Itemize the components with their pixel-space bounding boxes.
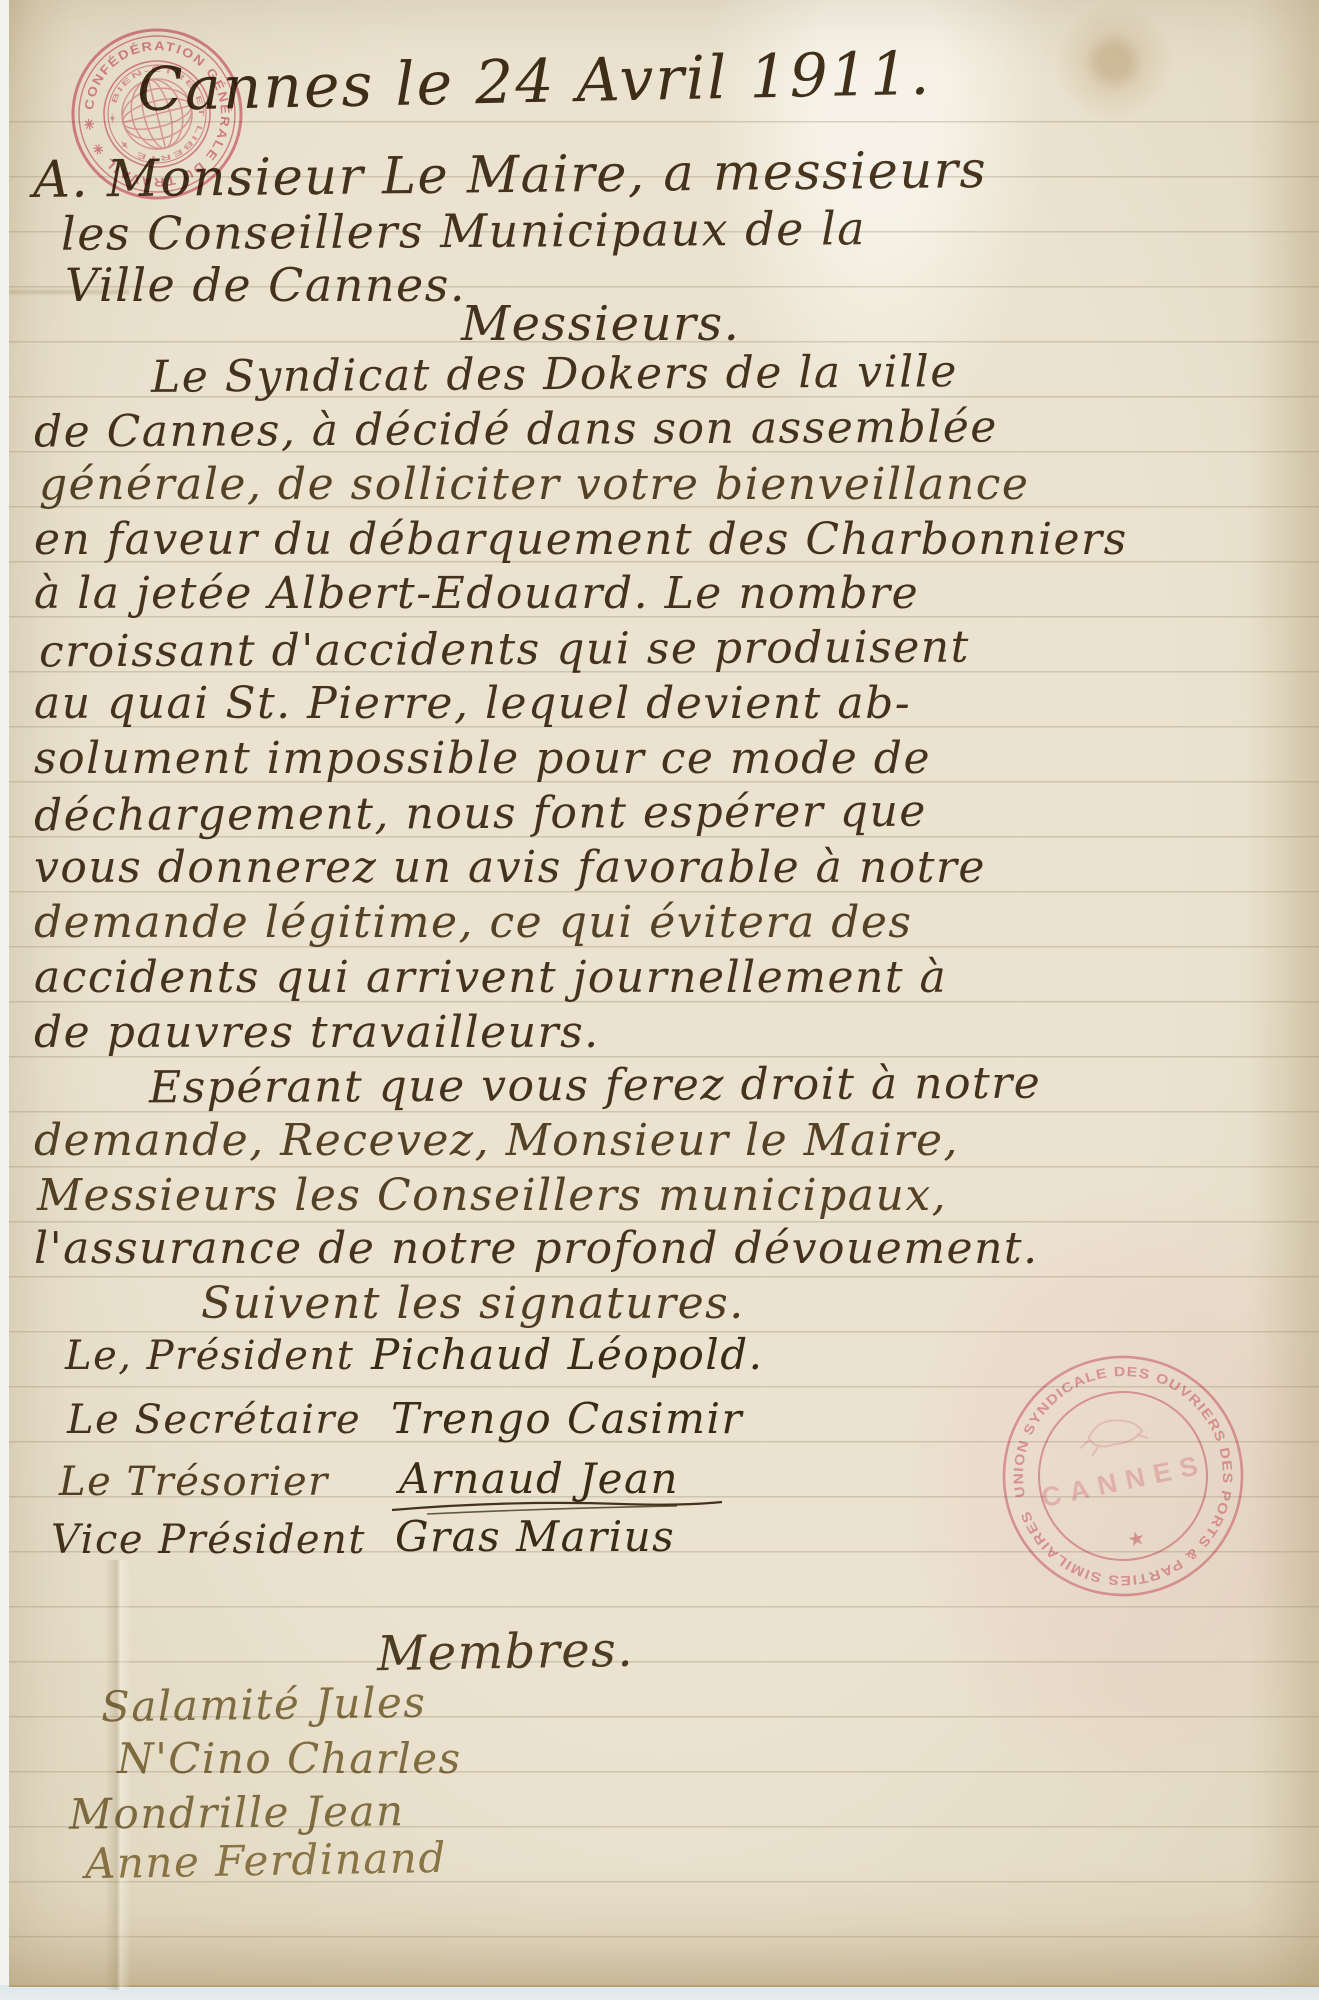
member-name: Salamité Jules (101, 1682, 427, 1729)
body-line: demande légitime, ce qui évitera des (34, 901, 912, 945)
address-line: A. Monsieur Le Maire, a messieurs (33, 145, 988, 206)
union-stamp-center-text: CANNES (1039, 1449, 1210, 1513)
paper-sheet: ✳ CONFÉDÉRATION GÉNÉRALE DU TRAVAIL ✳ ✦ … (9, 0, 1319, 1987)
salutation: Messieurs. (461, 300, 740, 348)
address-line: Ville de Cannes. (65, 262, 466, 308)
officer-name: Gras Marius (395, 1516, 675, 1558)
body-line: générale, de solliciter votre bienveilla… (39, 463, 1029, 507)
body-line: à la jetée Albert-Edouard. Le nombre (34, 572, 919, 616)
officer-name: Arnaud Jean (399, 1458, 679, 1500)
officer-role: Le, Président (65, 1336, 354, 1376)
scanned-letter: ✳ CONFÉDÉRATION GÉNÉRALE DU TRAVAIL ✳ ✦ … (0, 0, 1319, 2000)
officer-name: Trengo Casimir (391, 1398, 743, 1440)
address-line: les Conseillers Municipaux de la (61, 205, 866, 257)
body-line: en faveur du débarquement des Charbonnie… (34, 518, 1128, 562)
body-line: Messieurs les Conseillers municipaux, (37, 1174, 947, 1218)
body-line: au quai St. Pierre, lequel devient ab- (34, 682, 911, 726)
officer-role: Le Trésorier (59, 1462, 329, 1502)
members-heading: Membres. (377, 1626, 635, 1678)
signatures-intro: Suivent les signatures. (201, 1282, 745, 1326)
date-line: Cannes le 24 Avril 1911. (136, 44, 931, 121)
body-line: de Cannes, à décidé dans son assemblée (34, 405, 998, 454)
body-line: solument impossible pour ce mode de (34, 737, 931, 781)
body-line: de pauvres travailleurs. (34, 1011, 600, 1055)
body-line: Espérant que vous ferez droit à notre (149, 1062, 1041, 1111)
body-line: accidents qui arrivent journellement à (34, 956, 947, 1000)
officer-role: Vice Président (51, 1520, 366, 1560)
body-line: l'assurance de notre profond dévouement. (34, 1227, 1039, 1271)
body-line: Le Syndicat des Dokers de la ville (151, 350, 958, 400)
body-line: croissant d'accidents qui se produisent (39, 626, 970, 675)
body-line: vous donnerez un avis favorable à notre (34, 846, 986, 890)
crustacean-icon (1076, 1414, 1149, 1458)
star-icon: ★ (1127, 1528, 1147, 1550)
officer-name: Pichaud Léopold. (371, 1334, 763, 1376)
body-line: demande, Recevez, Monsieur le Maire, (34, 1119, 959, 1163)
union-syndicale-stamp-icon: UNION SYNDICALE DES OUVRIERS DES PORTS &… (974, 1327, 1273, 1626)
member-name: Mondrille Jean (69, 1790, 405, 1836)
member-name: Anne Ferdinand (85, 1837, 447, 1885)
member-name: N'Cino Charles (117, 1738, 462, 1780)
officer-role: Le Secrétaire (67, 1400, 361, 1440)
body-line: déchargement, nous font espérer que (34, 790, 927, 839)
